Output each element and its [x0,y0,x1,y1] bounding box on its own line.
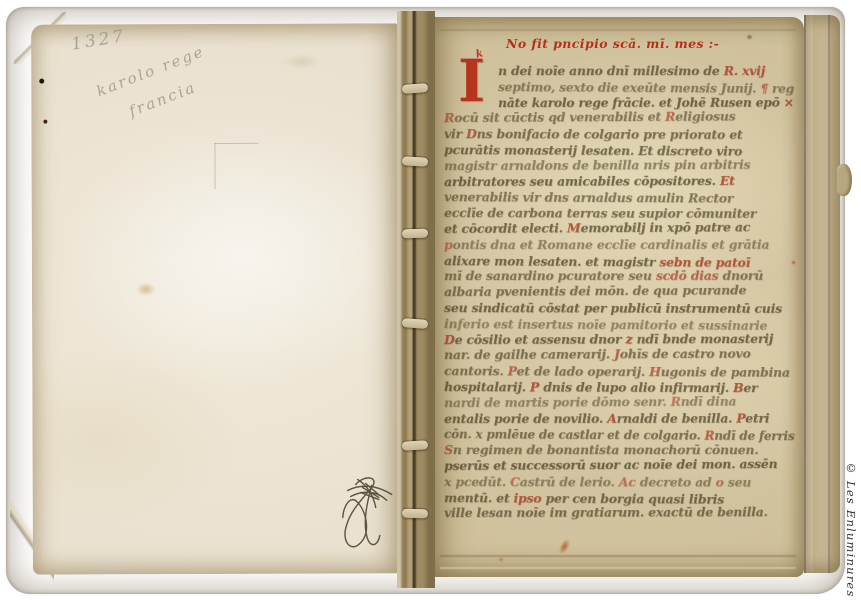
sewing-tacket [402,318,429,329]
fore-edge-pages [804,15,840,573]
cover-strap-stub [837,164,852,196]
manuscript-line: nardi de martis porie dōmo senr. Rndī di… [444,393,794,411]
manuscript-line: n dei noīe anno dnī millesimo de R. xvij [498,63,794,79]
manuscript-line: arbitratores seu amicabiles cōpositores.… [444,172,794,189]
page-crease [440,29,796,31]
stain [281,54,321,70]
page-crease [440,555,796,557]
manuscript-line: pserūs et successorū suor ac noīe dei mo… [444,456,794,474]
sewing-tacket [402,83,429,94]
sewing-tacket [402,509,428,519]
spine-gutter [397,11,435,588]
manuscript-line: pontis dna et Romane ecclīe cardinalis e… [444,236,794,252]
stain [791,260,796,265]
manuscript-line: et cōcordit electi. Memorabilj in xpō pa… [444,219,794,237]
photo: 1327 karolo rege francia No fit pncipio … [0,0,861,600]
manuscript-line: albaria pvenientis dei mōn. de qua pcura… [444,282,794,300]
manuscript-line: vir Dns bonifacio de colgario pre priora… [444,126,794,143]
left-flyleaf-page: 1327 karolo rege francia [31,23,399,574]
manuscript-line: seu sindicatū cōstat per publicū instrum… [444,300,794,317]
right-manuscript-page: No fit pncipio scā. mī. mes :- k I n dei… [432,17,804,577]
stain [136,282,156,296]
manuscript-line: magistr arnaldons de benilla nris pin ar… [444,156,794,173]
wormhole [43,120,47,124]
manuscript-line: ville lesan noīe im gratiarum. exactū de… [444,504,794,521]
rubric-heading: No fit pncipio scā. mī. mes :- [506,36,718,51]
manuscript-line: x pcedūt. Castrū de lerio. Ac decreto ad… [444,474,794,490]
copyright-credit: © Les Enluminures [844,461,858,598]
sewing-tacket [402,229,428,239]
stain [498,557,504,562]
page-crease [440,567,796,569]
manuscript-line: entalis porie de novilio. Arnaldi de ben… [444,410,794,426]
manuscript-line: nar. de gailhe camerarij. Johīs de castr… [444,346,794,363]
stain [746,34,753,40]
pencil-inscription-year: 1327 [70,26,128,55]
manuscript-line: Rocū sit cūctis qd venerabilis et Religi… [444,108,794,126]
sewing-tacket [402,156,428,166]
fold-mark [214,143,258,144]
text-block: n dei noīe anno dnī millesimo de R. xvij… [444,63,796,521]
manuscript-line: cantoris. Pet de lado operarij. Hugonis … [444,363,794,380]
stain [557,537,573,556]
sewing-tacket [402,440,428,450]
fold-mark [214,143,215,189]
wormhole [39,79,44,84]
